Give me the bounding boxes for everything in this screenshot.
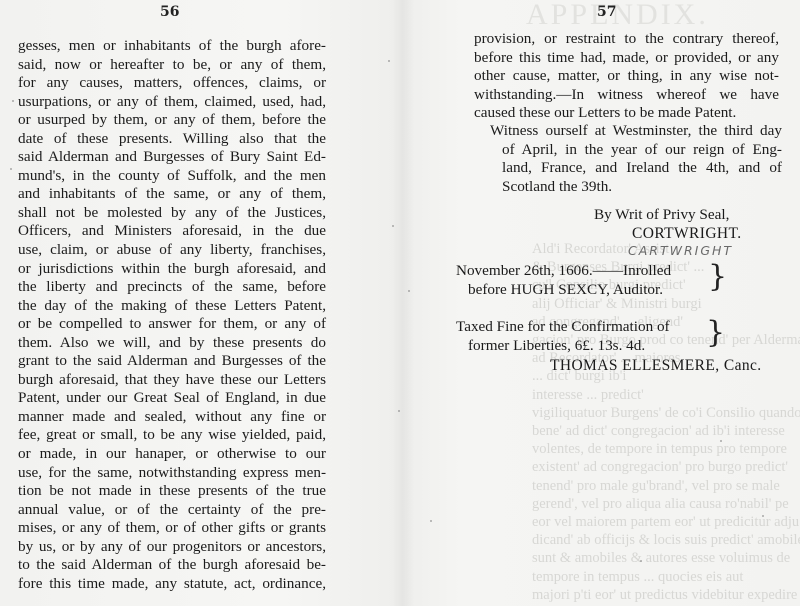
handwritten-annotation: CARTWRIGHT [628, 243, 733, 258]
bleed-line: volentes, de tempore in tempus pro tempo… [532, 440, 800, 458]
text-line: fee, great or small, to be any wise yiel… [18, 426, 326, 445]
left-page: 56 gesses, men or inhabitants of the bur… [0, 0, 400, 606]
witness-clause: Witness ourself at Westminster, the thir… [490, 122, 782, 196]
page-number-left: 56 [160, 4, 179, 20]
enrollment-line-1: November 26th, 1606.——Inrolled [456, 262, 671, 281]
text-line: usurpations, or any of them, claimed, us… [18, 93, 326, 112]
right-page: APPENDIX. Ald'i Recordator' Assist & Bur… [400, 0, 800, 606]
text-line: Scotland the 39th. [490, 178, 782, 197]
scan-speck [720, 440, 722, 442]
bleed-line: existent' ad congregacion' pro burgo pre… [532, 458, 800, 476]
scan-speck [430, 520, 432, 522]
text-line: by us, or by any of our progenitors or a… [18, 538, 326, 557]
text-line: burgh aforesaid, that they have these ou… [18, 371, 326, 390]
text-line: manner made and sealed, without any fine… [18, 408, 326, 427]
text-line: to the said Alderman of the burgh afores… [18, 556, 326, 575]
text-line: provision, or restraint to the contrary … [474, 30, 779, 49]
text-line: withstanding.—In witness whereof we have [474, 86, 779, 105]
right-page-body: provision, or restraint to the contrary … [474, 30, 779, 123]
text-line: mises, or any of them, or of other gifts… [18, 519, 326, 538]
fine-note: Taxed Fine for the Confirmation of forme… [456, 318, 670, 355]
book-spread: 56 gesses, men or inhabitants of the bur… [0, 0, 800, 606]
bleed-line: tempore in tempus ... quocies eis aut [532, 568, 800, 586]
fine-line-2: former Liberties, 6£. 13s. 4d. [456, 337, 670, 356]
book-gutter [392, 0, 414, 606]
enrollment-note: November 26th, 1606.——Inrolled before HU… [456, 262, 671, 299]
signer-name: CORTWRIGHT. [632, 225, 742, 243]
text-line: said, now or hereafter to be, or any of … [18, 56, 326, 75]
bleed-line: gerend', vel pro aliqua alia causa ro'na… [532, 495, 800, 513]
text-line: said Alderman and Burgesses of Bury Sain… [18, 148, 326, 167]
writ-line: By Writ of Privy Seal, [594, 206, 729, 224]
text-line: the day of the making of these Letters P… [18, 297, 326, 316]
bleed-line: interesse ... predict' [532, 386, 800, 404]
text-line: annual value, or of the certainty of the… [18, 501, 326, 520]
text-line: of April, in the year of our reign of En… [490, 141, 782, 160]
text-line: use, claim, or abuse of any liberty, fra… [18, 241, 326, 260]
bleed-line: majori p'ti eor' ut predictus videbitur … [532, 586, 800, 604]
text-line: or made, in our hanaper, or otherwise to… [18, 445, 326, 464]
bleed-line: dicand' ab officijs & locis suis predict… [532, 531, 800, 549]
left-page-body: gesses, men or inhabitants of the burgh … [18, 37, 326, 593]
brace-icon: } [708, 262, 727, 292]
text-line: or jurisdictions within the burgh afores… [18, 260, 326, 279]
text-line: for any causes, matters, offences, claim… [18, 74, 326, 93]
scan-speck [762, 515, 764, 517]
chancellor-signature: THOMAS ELLESMERE, Canc. [550, 357, 762, 375]
bleed-line: vigiliquatuor Burgens' de co'i Consilio … [532, 404, 800, 422]
text-line: tion be not made in these presents of th… [18, 482, 326, 501]
bleed-line: tenend' pro male gu'brand', vel pro se m… [532, 477, 800, 495]
page-number-right: 57 [597, 4, 616, 20]
text-line: gesses, men or inhabitants of the burgh … [18, 37, 326, 56]
scan-speck [392, 225, 394, 227]
scan-speck [398, 410, 400, 412]
bleed-line: bene' ad dict' congregacion' ad ib'i int… [532, 422, 800, 440]
text-line: Officers, and Ministers aforesaid, in th… [18, 222, 326, 241]
text-line: date of these presents. Willing also tha… [18, 130, 326, 149]
scan-speck [12, 100, 14, 102]
text-line: use, for the same, notwithstanding expre… [18, 464, 326, 483]
text-line: shall not be molested by any of the Just… [18, 204, 326, 223]
fine-line-1: Taxed Fine for the Confirmation of [456, 318, 670, 337]
text-line: and inhabitants of the same, or any of t… [18, 185, 326, 204]
scan-speck [640, 560, 642, 562]
brace-icon: } [706, 318, 725, 348]
text-line: caused these our Letters to be made Pate… [474, 104, 779, 123]
text-line: other cause, matter, or thing, in any wi… [474, 67, 779, 86]
scan-speck [10, 168, 12, 170]
text-line: before this time had, made, or provided,… [474, 49, 779, 68]
scan-speck [408, 290, 410, 292]
bleed-through-title: APPENDIX. [526, 6, 709, 24]
text-line: the liberty and precincts of the same, b… [18, 278, 326, 297]
scan-speck [388, 60, 390, 62]
text-line: fore this time made, any statute, act, o… [18, 575, 326, 594]
bleed-line: sunt & amobiles & autores esse voluimus … [532, 549, 800, 567]
enrollment-line-2: before HUGH SEXCY, Auditor. [456, 281, 671, 300]
text-line: them. Also we will, and by these present… [18, 334, 326, 353]
text-line: or be compelled to answer for them, or a… [18, 315, 326, 334]
bleed-line: eor vel maiorem partem eor' ut predicitu… [532, 513, 800, 531]
text-line: mund's, in the county of Suffolk, and th… [18, 167, 326, 186]
text-line: Witness ourself at Westminster, the thir… [490, 122, 782, 141]
text-line: or usurped by them, or any of them, befo… [18, 111, 326, 130]
text-line: Patent, under our Great Seal of England,… [18, 389, 326, 408]
text-line: grant to the said Alderman and Burgesses… [18, 352, 326, 371]
text-line: land, France, and Ireland the 4th, and o… [490, 159, 782, 178]
